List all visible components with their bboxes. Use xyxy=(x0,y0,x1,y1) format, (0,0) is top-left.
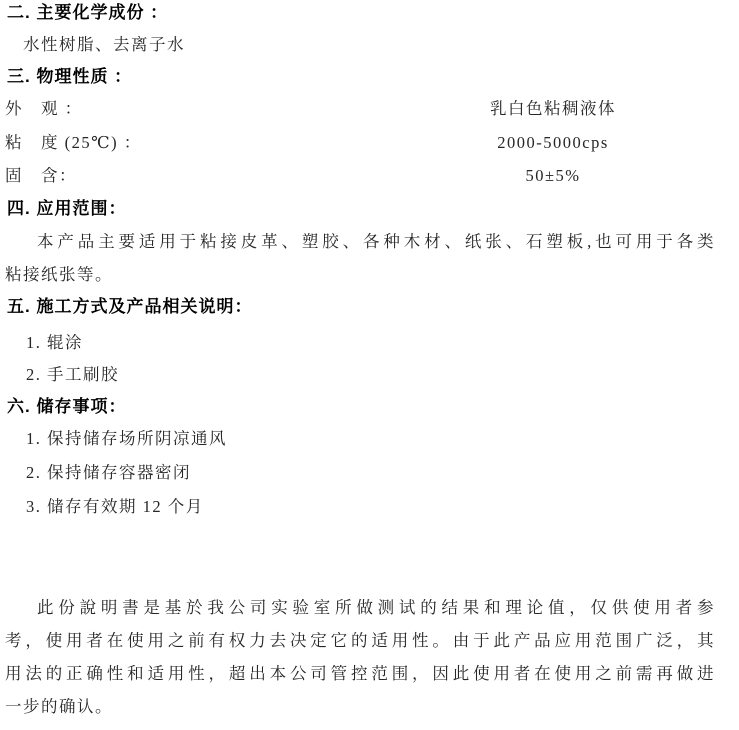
property-value-viscosity: 2000-5000cps xyxy=(497,132,609,154)
application-paragraph-line-2: 粘接纸张等。 xyxy=(5,264,715,288)
storage-list-item-2: 2. 保持储存容器密闭 xyxy=(26,462,736,486)
disclaimer-line-2: 考，使用者在使用之前有权力去决定它的适用性。由于此产品应用范围广泛，其 xyxy=(5,630,715,654)
application-paragraph-line-1: 本产品主要适用于粘接皮革、塑胶、各种木材、纸张、石塑板,也可用于各类 xyxy=(5,231,715,255)
property-value-appearance: 乳白色粘稠液体 xyxy=(490,98,616,120)
method-list-item-1: 1. 辊涂 xyxy=(26,332,736,356)
property-row-appearance: 外 观 ： 乳白色粘稠液体 xyxy=(0,98,739,122)
property-value-solid-content: 50±5% xyxy=(525,165,580,187)
section-heading-application-method: 五. 施工方式及产品相关说明： xyxy=(7,296,717,320)
method-list-item-2: 2. 手工刷胶 xyxy=(26,364,736,388)
storage-list-item-3: 3. 储存有效期 12 个月 xyxy=(26,496,736,520)
property-label-viscosity: 粘 度 (25℃) ： xyxy=(5,132,142,154)
property-label-appearance: 外 观 ： xyxy=(5,98,83,120)
disclaimer-line-1: 此份說明書是基於我公司实验室所做测试的结果和理论值，仅供使用者参 xyxy=(5,597,715,621)
property-row-viscosity: 粘 度 (25℃) ： 2000-5000cps xyxy=(0,132,739,156)
document-page: 二. 主要化学成份 ： 水性树脂、去离子水 三. 物理性质 ： 外 观 ： 乳白… xyxy=(0,0,739,730)
chemical-components-text: 水性树脂、去离子水 xyxy=(23,34,733,58)
section-heading-storage: 六. 储存事项： xyxy=(7,396,717,420)
disclaimer-line-4: 一步的确认。 xyxy=(5,696,715,720)
disclaimer-line-3: 用法的正确性和适用性，超出本公司管控范围，因此使用者在使用之前需再做进 xyxy=(5,663,715,687)
section-heading-physical-properties: 三. 物理性质 ： xyxy=(7,66,717,90)
section-heading-chemical-components: 二. 主要化学成份 ： xyxy=(7,2,717,26)
property-row-solid-content: 固 含： 50±5% xyxy=(0,165,739,189)
property-label-solid-content: 固 含： xyxy=(5,165,77,187)
section-heading-application-scope: 四. 应用范围： xyxy=(7,198,717,222)
storage-list-item-1: 1. 保持储存场所阴凉通风 xyxy=(26,428,736,452)
